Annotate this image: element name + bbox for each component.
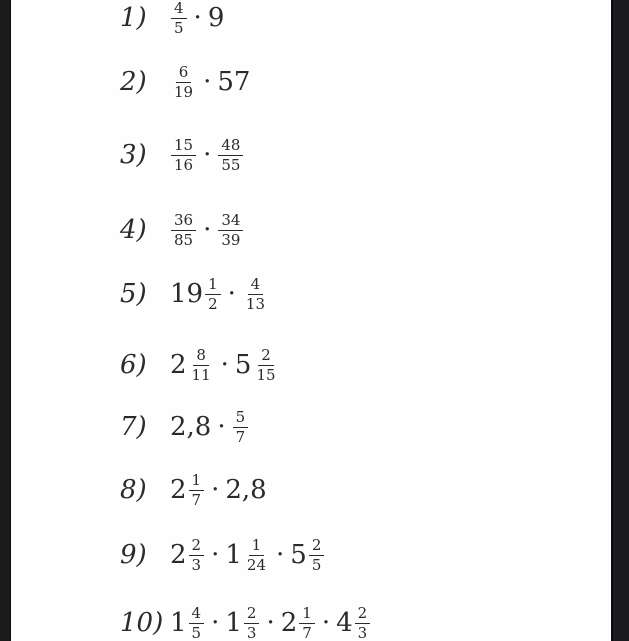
- multiply-operator: ·: [203, 217, 211, 243]
- denominator: 7: [189, 491, 205, 508]
- whole-number: 2: [170, 542, 187, 568]
- expression: 2811·5215: [170, 348, 280, 383]
- problem-row: 10) 145·123·217·423: [120, 601, 601, 641]
- mixed-number: 1124: [225, 538, 270, 573]
- denominator: 15: [253, 366, 278, 383]
- multiply-operator: ·: [266, 610, 274, 636]
- denominator: 39: [218, 231, 243, 248]
- denominator: 5: [189, 624, 205, 641]
- expression: 3685·3439: [170, 213, 244, 248]
- whole-number: 4: [336, 610, 353, 636]
- worksheet: 1) 45·9 2) 619·57 3) 1516·4855 4) 3685·3…: [11, 0, 611, 641]
- numerator: 2: [355, 606, 371, 624]
- numerator: 4: [171, 1, 187, 19]
- numerator: 2: [189, 538, 205, 556]
- denominator: 19: [171, 83, 196, 100]
- problem-row: 5) 1912·413: [120, 272, 601, 316]
- fraction: 17: [189, 473, 205, 508]
- screen: 1) 45·9 2) 619·57 3) 1516·4855 4) 3685·3…: [0, 0, 629, 641]
- fraction: 413: [243, 277, 268, 312]
- numerator: 5: [233, 410, 249, 428]
- numerator: 15: [171, 138, 196, 156]
- mixed-number: 423: [336, 606, 371, 641]
- mixed-number: 2811: [170, 348, 215, 383]
- multiply-operator: ·: [322, 610, 330, 636]
- denominator: 16: [171, 156, 196, 173]
- problem-row: 2) 619·57: [120, 60, 601, 104]
- problem-label: 7): [120, 414, 170, 440]
- expression: 45·9: [170, 1, 224, 36]
- fraction: 17: [299, 606, 315, 641]
- fraction: 45: [171, 1, 187, 36]
- mixed-number: 123: [225, 606, 260, 641]
- problem-label: 8): [120, 477, 170, 503]
- expression: 619·57: [170, 65, 250, 100]
- whole-number: 2: [170, 477, 187, 503]
- expression: 217·2,8: [170, 473, 267, 508]
- whole-number: 2: [281, 610, 298, 636]
- mixed-number: 217: [281, 606, 316, 641]
- number: 57: [217, 69, 250, 95]
- whole-number: 1: [170, 610, 187, 636]
- numerator: 6: [176, 65, 192, 83]
- denominator: 11: [189, 366, 214, 383]
- multiply-operator: ·: [217, 414, 225, 440]
- numerator: 2: [244, 606, 260, 624]
- denominator: 5: [171, 19, 187, 36]
- fraction: 4855: [218, 138, 243, 173]
- fraction: 1516: [171, 138, 196, 173]
- denominator: 3: [189, 556, 205, 573]
- multiply-operator: ·: [203, 142, 211, 168]
- problem-label: 1): [120, 5, 170, 31]
- multiply-operator: ·: [211, 542, 219, 568]
- numerator: 4: [248, 277, 264, 295]
- number: 9: [208, 5, 225, 31]
- numerator: 2: [258, 348, 274, 366]
- denominator: 24: [244, 556, 269, 573]
- problem-row: 6) 2811·5215: [120, 343, 601, 387]
- numerator: 1: [299, 606, 315, 624]
- fraction: 619: [171, 65, 196, 100]
- right-dark-edge-bar: [611, 0, 629, 641]
- problem-label: 10): [120, 610, 170, 636]
- numerator: 4: [189, 606, 205, 624]
- numerator: 1: [189, 473, 205, 491]
- denominator: 5: [309, 556, 325, 573]
- fraction: 23: [189, 538, 205, 573]
- problem-label: 5): [120, 281, 170, 307]
- numerator: 48: [218, 138, 243, 156]
- fraction: 25: [309, 538, 325, 573]
- multiply-operator: ·: [194, 5, 202, 31]
- problem-label: 6): [120, 352, 170, 378]
- whole-number: 1: [225, 610, 242, 636]
- fraction: 124: [244, 538, 269, 573]
- problem-row: 1) 45·9: [120, 0, 601, 40]
- problem-list: 1) 45·9 2) 619·57 3) 1516·4855 4) 3685·3…: [11, 0, 611, 641]
- problem-label: 3): [120, 142, 170, 168]
- mixed-number: 145: [170, 606, 205, 641]
- denominator: 2: [205, 295, 221, 312]
- mixed-number: 1912: [170, 277, 222, 312]
- fraction: 57: [233, 410, 249, 445]
- fraction: 12: [205, 277, 221, 312]
- numerator: 8: [193, 348, 209, 366]
- whole-number: 1: [225, 542, 242, 568]
- whole-number: 5: [290, 542, 307, 568]
- expression: 1516·4855: [170, 138, 244, 173]
- multiply-operator: ·: [228, 281, 236, 307]
- mixed-number: 223: [170, 538, 205, 573]
- number: 2,8: [170, 414, 211, 440]
- expression: 1912·413: [170, 277, 269, 312]
- mixed-number: 217: [170, 473, 205, 508]
- expression: 145·123·217·423: [170, 606, 371, 641]
- problem-row: 7) 2,8·57: [120, 405, 601, 449]
- multiply-operator: ·: [276, 542, 284, 568]
- denominator: 13: [243, 295, 268, 312]
- whole-number: 19: [170, 281, 203, 307]
- problem-label: 4): [120, 217, 170, 243]
- whole-number: 2: [170, 352, 187, 378]
- mixed-number: 525: [290, 538, 325, 573]
- problem-row: 9) 223·1124·525: [120, 533, 601, 577]
- expression: 223·1124·525: [170, 538, 325, 573]
- expression: 2,8·57: [170, 410, 249, 445]
- left-dark-edge-bar: [0, 0, 11, 641]
- fraction: 3685: [171, 213, 196, 248]
- denominator: 7: [233, 428, 249, 445]
- multiply-operator: ·: [203, 69, 211, 95]
- denominator: 85: [171, 231, 196, 248]
- number: 2,8: [225, 477, 266, 503]
- whole-number: 5: [235, 352, 252, 378]
- fraction: 23: [355, 606, 371, 641]
- mixed-number: 5215: [235, 348, 280, 383]
- numerator: 36: [171, 213, 196, 231]
- multiply-operator: ·: [211, 610, 219, 636]
- denominator: 55: [218, 156, 243, 173]
- numerator: 1: [205, 277, 221, 295]
- fraction: 45: [189, 606, 205, 641]
- fraction: 215: [253, 348, 278, 383]
- problem-row: 3) 1516·4855: [120, 133, 601, 177]
- problem-row: 4) 3685·3439: [120, 208, 601, 252]
- problem-label: 9): [120, 542, 170, 568]
- numerator: 1: [249, 538, 265, 556]
- fraction: 811: [189, 348, 214, 383]
- denominator: 7: [299, 624, 315, 641]
- numerator: 34: [218, 213, 243, 231]
- multiply-operator: ·: [221, 352, 229, 378]
- multiply-operator: ·: [211, 477, 219, 503]
- problem-row: 8) 217·2,8: [120, 468, 601, 512]
- numerator: 2: [309, 538, 325, 556]
- fraction: 23: [244, 606, 260, 641]
- problem-label: 2): [120, 69, 170, 95]
- fraction: 3439: [218, 213, 243, 248]
- denominator: 3: [355, 624, 371, 641]
- denominator: 3: [244, 624, 260, 641]
